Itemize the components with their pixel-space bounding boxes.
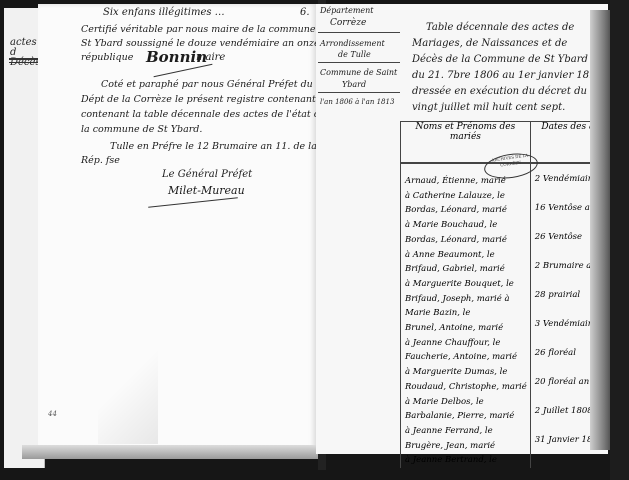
entry-line: à Marie Bouchaud, le [405, 218, 527, 233]
prefect-title: Le Général Préfet [162, 169, 252, 180]
mayor-title: maire [196, 52, 225, 63]
title-line: dressée en exécution du décret du [412, 86, 587, 97]
page-fold [98, 344, 158, 444]
title-line: vingt juillet mil huit cent sept. [412, 102, 565, 113]
paraph-line: Coté et paraphé par nous Général Préfet … [101, 79, 313, 90]
paraph-line: contenant la table décennale des actes d… [81, 109, 348, 120]
certification-line: Certifié véritable par nous maire de la … [81, 24, 330, 35]
period-value: l'an 1806 à l'an 1813 [320, 98, 394, 106]
entry-line: à Marguerite Dumas, le [405, 365, 527, 380]
entry-line: à Jeanne Ferrand, le [405, 424, 527, 439]
page-number: 6. [300, 7, 310, 18]
entry-line: Barbalanie, Pierre, marié [405, 409, 527, 424]
entry-line: à Anne Beaumont, le [405, 248, 527, 263]
header-rule [318, 62, 400, 63]
place-date-cont: Rép. fse [81, 155, 120, 166]
entry-line: Roudaud, Christophe, marié [405, 380, 527, 395]
entry-line: Bordas, Léonard, marié [405, 203, 527, 218]
register-cover-right [610, 0, 629, 480]
certification-line: république [81, 52, 133, 63]
left-page: Six enfans illégitimes … 6. Certifié vér… [38, 4, 318, 456]
margin-mark: 44 [48, 410, 57, 418]
prefect-flourish [148, 197, 238, 207]
names-column: Arnaud, Étienne, marié à Catherine Lalau… [401, 163, 531, 468]
entry-line: Brunel, Antoine, marié [405, 321, 527, 336]
commune-label: Commune de Saint [320, 68, 397, 77]
dept-value: Corrèze [330, 18, 366, 28]
paraph-line: Dépt de la Corrèze le présent registre c… [81, 94, 349, 105]
entry-line: Brugère, Jean, marié [405, 439, 527, 454]
arrondissement-value: de Tulle [338, 50, 371, 59]
page-bottom-edge [22, 445, 322, 459]
right-page: Département Corrèze Arrondissement de Tu… [316, 4, 608, 454]
left-page-header: Six enfans illégitimes … [103, 7, 225, 18]
certification-line: St Ybard soussigné le douze vendémiaire … [81, 38, 346, 49]
header-rule [318, 92, 400, 93]
title-line: Décès de la Commune de St Ybard [412, 54, 588, 65]
title-line: Table décennale des actes de [426, 22, 574, 33]
title-line: du 21. 7bre 1806 au 1er janvier 1813, [412, 70, 605, 81]
commune-value: Ybard [342, 80, 366, 89]
paraph-line: la commune de St Ybard. [81, 124, 202, 135]
entry-line: Bordas, Léonard, marié [405, 233, 527, 248]
entry-line: Faucherie, Antoine, marié [405, 350, 527, 365]
entry-line: à Marie Delbos, le [405, 395, 527, 410]
prefect-signature: Milet-Mureau [168, 184, 245, 197]
entry-line: à Jeanne Chauffour, le [405, 336, 527, 351]
dept-label: Département [320, 6, 374, 15]
entry-line: Brifaud, Joseph, marié à [405, 292, 527, 307]
entry-line: à Catherine Lalauze, le [405, 189, 527, 204]
place-date: Tulle en Préfre le 12 Brumaire an 11. de… [110, 141, 317, 152]
entry-line: à Jeanne Bertrand, le [405, 453, 527, 468]
header-rule [318, 32, 400, 33]
entry-line: à Marguerite Bouquet, le [405, 277, 527, 292]
title-line: Mariages, de Naissances et de [412, 38, 567, 49]
arrondissement-label: Arrondissement [320, 39, 385, 48]
entry-line: Marie Bazin, le [405, 306, 527, 321]
entry-line: Brifaud, Gabriel, marié [405, 262, 527, 277]
